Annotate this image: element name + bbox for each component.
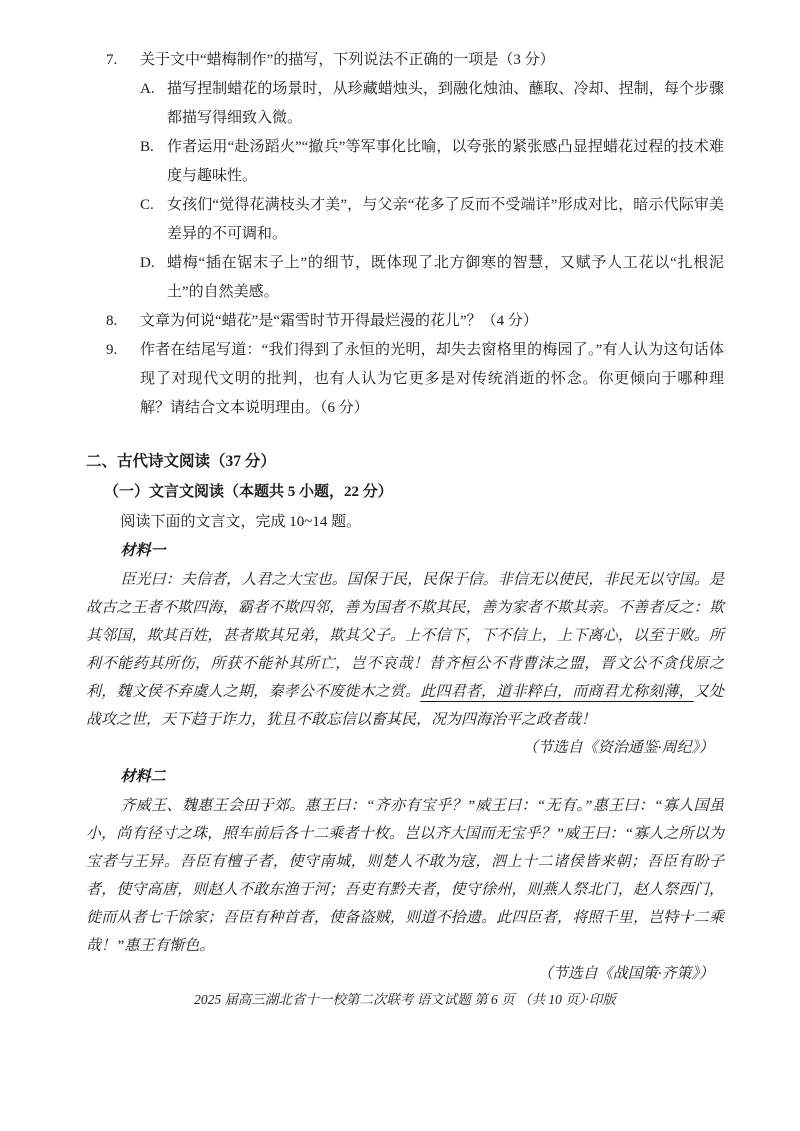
section-header-ancient-reading: 二、古代诗文阅读（37 分） bbox=[86, 447, 724, 477]
option-d-letter: D. bbox=[140, 249, 167, 307]
material-1-attribution: （节选自《资治通鉴·周纪》） bbox=[86, 734, 724, 763]
question-7-option-c: C. 女孩们“觉得花满枝头才美”，与父亲“花多了反而不受端详”形成对比，暗示代际… bbox=[140, 191, 724, 249]
option-a-letter: A. bbox=[140, 75, 167, 133]
question-7-option-b: B. 作者运用“赴汤蹈火”“撤兵”等军事化比喻，以夸张的紧张感凸显捏蜡花过程的技… bbox=[140, 133, 724, 191]
option-c-text: 女孩们“觉得花满枝头才美”，与父亲“花多了反而不受端详”形成对比，暗示代际审美差… bbox=[167, 191, 724, 249]
question-7-stem: 关于文中“蜡梅制作”的描写，下列说法不正确的一项是（3 分） bbox=[140, 46, 724, 75]
material-2-text: 齐威王、魏惠王会田于郊。惠王曰：“齐亦有宝乎？”威王曰：“无有。”惠王曰：“寡人… bbox=[86, 792, 724, 960]
page-content: 7. 关于文中“蜡梅制作”的描写，下列说法不正确的一项是（3 分） A. 描写捏… bbox=[86, 46, 724, 989]
reading-instruction: 阅读下面的文言文，完成 10~14 题。 bbox=[86, 507, 724, 537]
material-1-text: 臣光曰：夫信者，人君之大宝也。国保于民，民保于信。非信无以使民，非民无以守国。是… bbox=[86, 566, 724, 734]
material-2-attribution: （节选自《战国策·齐策》） bbox=[86, 960, 724, 989]
material-1-label: 材料一 bbox=[86, 537, 724, 566]
question-7-number: 7. bbox=[106, 46, 140, 307]
question-7: 7. 关于文中“蜡梅制作”的描写，下列说法不正确的一项是（3 分） A. 描写捏… bbox=[86, 46, 724, 307]
question-7-body: 关于文中“蜡梅制作”的描写，下列说法不正确的一项是（3 分） A. 描写捏制蜡花… bbox=[140, 46, 724, 307]
option-a-text: 描写捏制蜡花的场景时，从珍藏蜡烛头，到融化烛油、蘸取、冷却、捏制，每个步骤都描写… bbox=[167, 75, 724, 133]
option-d-text: 蜡梅“插在锯末子上”的细节，既体现了北方御寒的智慧，又赋予人工花以“扎根泥土”的… bbox=[167, 249, 724, 307]
question-7-option-a: A. 描写捏制蜡花的场景时，从珍藏蜡烛头，到融化烛油、蘸取、冷却、捏制，每个步骤… bbox=[140, 75, 724, 133]
option-b-letter: B. bbox=[140, 133, 167, 191]
option-c-letter: C. bbox=[140, 191, 167, 249]
question-7-option-d: D. 蜡梅“插在锯末子上”的细节，既体现了北方御寒的智慧，又赋予人工花以“扎根泥… bbox=[140, 249, 724, 307]
question-8-stem: 文章为何说“蜡花”是“霜雪时节开得最烂漫的花儿”？（4 分） bbox=[140, 307, 724, 336]
option-b-text: 作者运用“赴汤蹈火”“撤兵”等军事化比喻，以夸张的紧张感凸显捏蜡花过程的技术难度… bbox=[167, 133, 724, 191]
question-9-stem: 作者在结尾写道：“我们得到了永恒的光明，却失去窗格里的梅园了。”有人认为这句话体… bbox=[140, 336, 724, 423]
question-8-number: 8. bbox=[106, 307, 140, 336]
question-9-number: 9. bbox=[106, 336, 140, 423]
subsection-header-classical-reading: （一）文言文阅读（本题共 5 小题，22 分） bbox=[104, 477, 724, 507]
page-footer: 2025 届高三湖北省十一校第二次联考 语文试题 第 6 页 （共 10 页）·… bbox=[86, 989, 724, 1011]
material-2-label: 材料二 bbox=[86, 763, 724, 792]
question-9: 9. 作者在结尾写道：“我们得到了永恒的光明，却失去窗格里的梅园了。”有人认为这… bbox=[86, 336, 724, 423]
exam-page: 7. 关于文中“蜡梅制作”的描写，下列说法不正确的一项是（3 分） A. 描写捏… bbox=[0, 0, 800, 1131]
question-8: 8. 文章为何说“蜡花”是“霜雪时节开得最烂漫的花儿”？（4 分） bbox=[86, 307, 724, 336]
